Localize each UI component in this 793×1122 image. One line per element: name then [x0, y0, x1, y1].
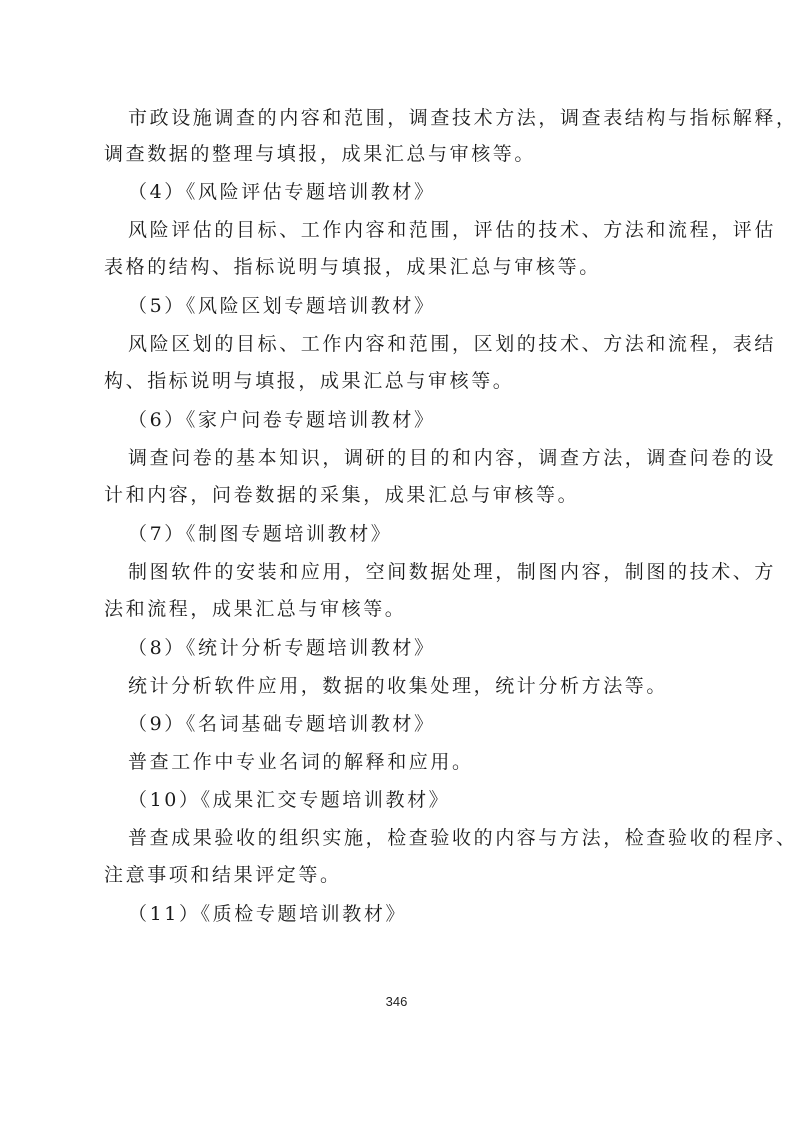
paragraph-line: 构、指标说明与填报，成果汇总与审核等。 [104, 369, 514, 393]
paragraph-line: 调查问卷的基本知识，调研的目的和内容，调查方法，调查问卷的设 [128, 446, 776, 470]
paragraph-line: 计和内容，问卷数据的采集，成果汇总与审核等。 [104, 483, 579, 507]
section-heading: （8）《统计分析专题培训教材》 [128, 636, 436, 660]
section-heading: （6）《家户问卷专题培训教材》 [128, 408, 436, 432]
paragraph-line: 统计分析软件应用，数据的收集处理，统计分析方法等。 [128, 674, 668, 698]
paragraph-line: 调查数据的整理与填报，成果汇总与审核等。 [104, 142, 536, 166]
page-number: 346 [0, 994, 793, 1009]
paragraph-line: 制图软件的安装和应用，空间数据处理，制图内容，制图的技术、方 [128, 560, 776, 584]
section-heading: （11）《质检专题培训教材》 [128, 902, 407, 926]
paragraph-line: 表格的结构、指标说明与填报，成果汇总与审核等。 [104, 255, 601, 279]
section-heading: （4）《风险评估专题培训教材》 [128, 180, 436, 204]
section-heading: （9）《名词基础专题培训教材》 [128, 712, 436, 736]
paragraph-line: 注意事项和结果评定等。 [104, 863, 342, 887]
paragraph-line: 风险评估的目标、工作内容和范围，评估的技术、方法和流程，评估 [128, 218, 776, 242]
paragraph-line: 普查成果验收的组织实施，检查验收的内容与方法，检查验收的程序、 [128, 826, 793, 850]
paragraph-line: 普查工作中专业名词的解释和应用。 [128, 750, 474, 774]
section-heading: （10）《成果汇交专题培训教材》 [128, 788, 450, 812]
paragraph-line: 市政设施调查的内容和范围，调查技术方法，调查表结构与指标解释， [128, 106, 793, 130]
paragraph-line: 风险区划的目标、工作内容和范围，区划的技术、方法和流程，表结 [128, 332, 776, 356]
section-heading: （7）《制图专题培训教材》 [128, 522, 392, 546]
section-heading: （5）《风险区划专题培训教材》 [128, 294, 436, 318]
paragraph-line: 法和流程，成果汇总与审核等。 [104, 597, 406, 621]
